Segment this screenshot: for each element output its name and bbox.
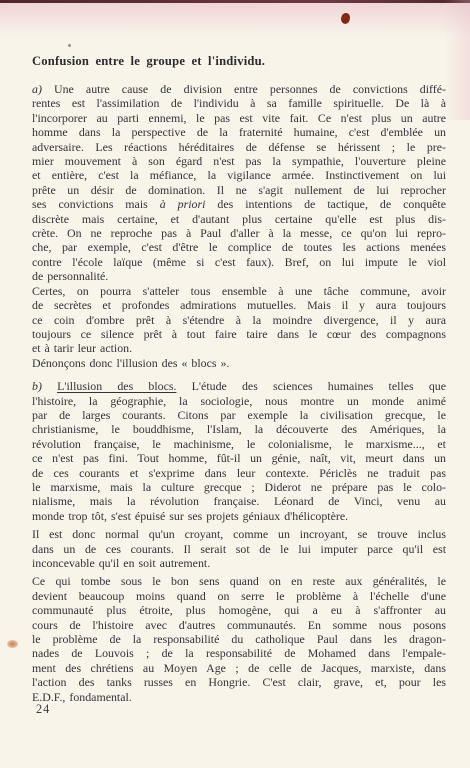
text-line: Il est donc normal qu'un croyant, comme … (32, 527, 446, 541)
text-line: inconcevable qu'il en soit autrement. (32, 556, 446, 570)
paragraph-ce-qui-tombe: Ce qui tombe sous le bon sens quand on e… (32, 574, 446, 704)
text-line: Dénonçons donc l'illusion des « blocs ». (32, 356, 446, 370)
paragraph-a: a) Une autre cause de division entre per… (32, 82, 446, 284)
text-line: par de larges courants. Citons par exemp… (32, 408, 446, 422)
text-line: le marxisme, mais la culture grecque ; D… (32, 480, 446, 494)
text-line: Ce qui tombe sous le bon sens quand on e… (32, 574, 446, 588)
text-line: ce coin d'ombre prêt à s'étendre à la mo… (32, 313, 446, 327)
text-line: dans un de ces courants. Il serait sot d… (32, 542, 446, 556)
text-line: rentes est l'assimilation de l'individu … (32, 96, 446, 110)
text-line: de secrètes et profondes admirations mut… (32, 298, 446, 312)
text-line: mier mouvement à son égard n'est pas la … (32, 154, 446, 168)
text-line: l'incorporer au parti ennemi, le pas est… (32, 111, 446, 125)
text-line: Certes, on pourra s'atteler tous ensembl… (32, 284, 446, 298)
text-line: devient beaucoup moins quand on serre le… (32, 589, 446, 603)
text-line: ment des chrétiens au Moyen Age ; de cel… (32, 661, 446, 675)
text-line: contre l'école laïque (même si c'est fau… (32, 255, 446, 269)
text-line: révolution française, le machinisme, le … (32, 437, 446, 451)
text-line: et à tarir leur action. (32, 341, 446, 355)
text-line: prête un désir de domination. Il ne s'ag… (32, 183, 446, 197)
text-line: b) L'illusion des blocs. L'étude des sci… (32, 379, 446, 393)
paragraph-croyant: Il est donc normal qu'un croyant, comme … (32, 527, 446, 570)
page-number: 24 (36, 702, 50, 717)
text-line: ses convictions mais à priori des intent… (32, 197, 446, 211)
text-line: cours de l'histoire avec d'autres commun… (32, 618, 446, 632)
text-line: communauté plus étroite, plus homogène, … (32, 603, 446, 617)
text-line: a) Une autre cause de division entre per… (32, 82, 446, 96)
paragraph-certes: Certes, on pourra s'atteler tous ensembl… (32, 284, 446, 356)
page-top-edge (0, 0, 470, 3)
paragraph-b: b) L'illusion des blocs. L'étude des sci… (32, 379, 446, 523)
text-line: toujours ce silence prêt à tout faire ta… (32, 327, 446, 341)
text-line: de personnalité. (32, 269, 446, 283)
book-page: Confusion entre le groupe et l'individu.… (0, 0, 470, 768)
page-text: a) Une autre cause de division entre per… (32, 82, 446, 704)
dust-speck (68, 44, 71, 47)
page-content: Confusion entre le groupe et l'individu.… (32, 54, 446, 704)
text-line: monde trop tôt, s'est épuisé sur ses pro… (32, 509, 446, 523)
text-line: nialisme, mais la révolution française. … (32, 494, 446, 508)
text-line: adversaire. Les réactions héréditaires d… (32, 140, 446, 154)
scan-pink-corner (444, 0, 470, 120)
ink-smudge (7, 640, 18, 648)
text-line: homme dans la perspective de la fraterni… (32, 125, 446, 139)
text-line: crète. On ne reproche pas à Paul d'aller… (32, 226, 446, 240)
text-line: l'histoire, la géographie, la sociologie… (32, 394, 446, 408)
paragraph-denoncons: Dénonçons donc l'illusion des « blocs ». (32, 356, 446, 370)
text-line: che, par exemple, c'est d'être le compli… (32, 240, 446, 254)
text-line: discrète mais certaine, et d'autant plus… (32, 212, 446, 226)
ink-spot (341, 13, 350, 24)
text-line: l'action des tanks russes en Hongrie. C'… (32, 675, 446, 689)
text-line: nades de Louvois ; de la responsabilité … (32, 646, 446, 660)
text-line: et entière, c'est la méfiance, la vigila… (32, 168, 446, 182)
text-line: christianisme, le bouddhisme, l'Islam, l… (32, 422, 446, 436)
text-line: de ces courants et s'exprime dans leur c… (32, 466, 446, 480)
text-line: E.D.F., fondamental. (32, 690, 446, 704)
section-heading: Confusion entre le groupe et l'individu. (32, 54, 446, 69)
scan-pink-tint (0, 3, 470, 37)
text-line: ce n'est pas fini. Tout homme, fût-il un… (32, 451, 446, 465)
text-line: le problème de la responsabilité du cath… (32, 632, 446, 646)
